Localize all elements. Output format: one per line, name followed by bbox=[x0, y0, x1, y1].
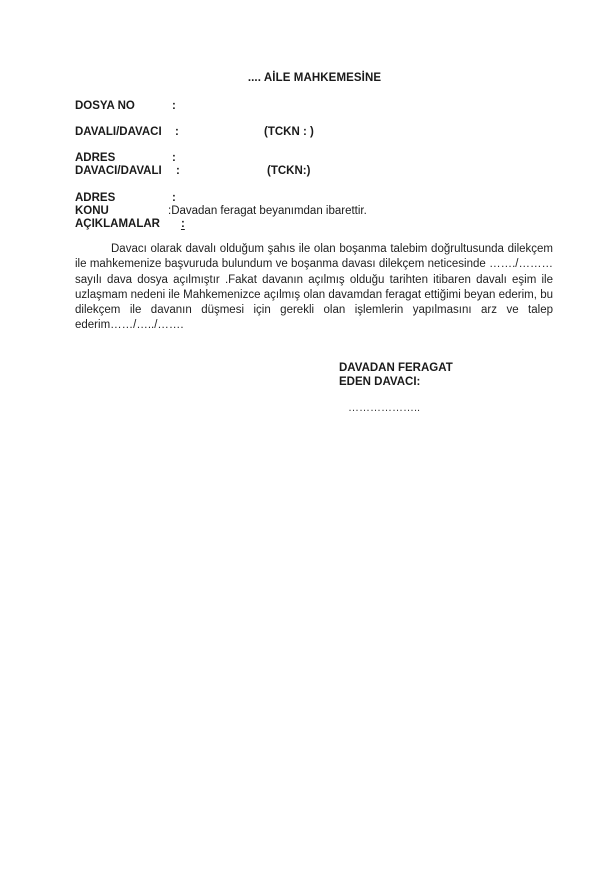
field-adres-1: ADRES : bbox=[75, 152, 115, 165]
field-davali-davaci: DAVALI/DAVACI : (TCKN : ) bbox=[75, 126, 162, 139]
davali-davaci-tckn: (TCKN : ) bbox=[264, 126, 314, 139]
signature-placeholder: ……………….. bbox=[348, 402, 420, 414]
court-title: .... AİLE MAHKEMESİNE bbox=[0, 72, 615, 84]
signature-block: DAVADAN FERAGAT EDEN DAVACI: bbox=[339, 362, 453, 389]
aciklamalar-colon: : bbox=[181, 218, 185, 230]
statement-text: Davacı olarak davalı olduğum şahıs ile o… bbox=[75, 243, 553, 331]
signature-line-1: DAVADAN FERAGAT bbox=[339, 362, 453, 376]
dosya-no-colon: : bbox=[172, 100, 176, 113]
adres-1-colon: : bbox=[172, 152, 176, 165]
adres-2-colon: : bbox=[172, 192, 176, 205]
konu-label: KONU bbox=[75, 205, 109, 218]
dosya-no-label: DOSYA NO bbox=[75, 100, 135, 113]
aciklamalar-label: AÇIKLAMALAR bbox=[75, 218, 160, 231]
signature-line-2: EDEN DAVACI: bbox=[339, 376, 453, 390]
field-dosya-no: DOSYA NO : bbox=[75, 100, 135, 113]
field-aciklamalar: AÇIKLAMALAR: bbox=[75, 218, 185, 231]
davali-davaci-colon: : bbox=[175, 126, 179, 139]
adres-1-label: ADRES bbox=[75, 152, 115, 165]
konu-value: :Davadan feragat beyanımdan ibarettir. bbox=[168, 205, 367, 218]
field-davaci-davali: DAVACI/DAVALI : (TCKN:) bbox=[75, 165, 162, 178]
field-konu: KONU :Davadan feragat beyanımdan ibarett… bbox=[75, 205, 109, 218]
adres-2-label: ADRES bbox=[75, 192, 115, 205]
davali-davaci-label: DAVALI/DAVACI bbox=[75, 126, 162, 139]
statement-body: Davacı olarak davalı olduğum şahıs ile o… bbox=[75, 242, 553, 334]
document-page: .... AİLE MAHKEMESİNE DOSYA NO : DAVALI/… bbox=[0, 0, 615, 870]
davaci-davali-tckn: (TCKN:) bbox=[267, 165, 310, 178]
davaci-davali-label: DAVACI/DAVALI bbox=[75, 165, 162, 178]
field-adres-2: ADRES : bbox=[75, 192, 115, 205]
davaci-davali-colon: : bbox=[176, 165, 180, 178]
